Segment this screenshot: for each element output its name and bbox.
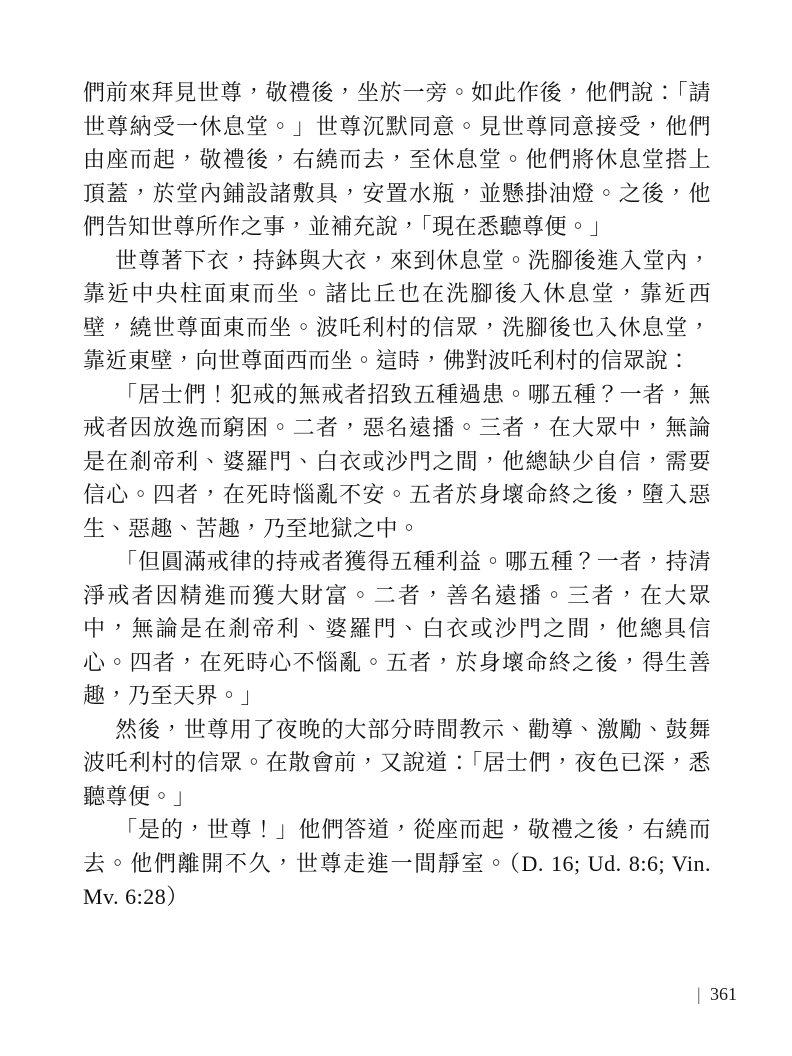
paragraph: 「是的，世尊！」他們答道，從座而起，敬禮之後，右繞而去。他們離開不久，世尊走進一… bbox=[83, 813, 711, 914]
paragraph: 然後，世尊用了夜晚的大部分時間教示、勸導、激勵、鼓舞波吒利村的信眾。在散會前，又… bbox=[83, 713, 711, 814]
paragraph: 世尊著下衣，持鉢與大衣，來到休息堂。洗腳後進入堂內，靠近中央柱面東而坐。諸比丘也… bbox=[83, 244, 711, 378]
text-block: 們前來拜見世尊，敬禮後，坐於一旁。如此作後，他們說：「請世尊納受一休息堂。」世尊… bbox=[83, 76, 711, 914]
paragraph: 「居士們！犯戒的無戒者招致五種過患。哪五種？一者，無戒者因放逸而窮困。二者，惡名… bbox=[83, 378, 711, 546]
footer-separator: | bbox=[698, 982, 701, 1006]
document-page: 們前來拜見世尊，敬禮後，坐於一旁。如此作後，他們說：「請世尊納受一休息堂。」世尊… bbox=[0, 0, 792, 1056]
page-footer: |361 bbox=[697, 982, 737, 1006]
paragraph: 「但圓滿戒律的持戒者獲得五種利益。哪五種？一者，持清淨戒者因精進而獲大財富。二者… bbox=[83, 545, 711, 713]
page-number: 361 bbox=[710, 984, 737, 1004]
paragraph: 們前來拜見世尊，敬禮後，坐於一旁。如此作後，他們說：「請世尊納受一休息堂。」世尊… bbox=[83, 76, 711, 244]
